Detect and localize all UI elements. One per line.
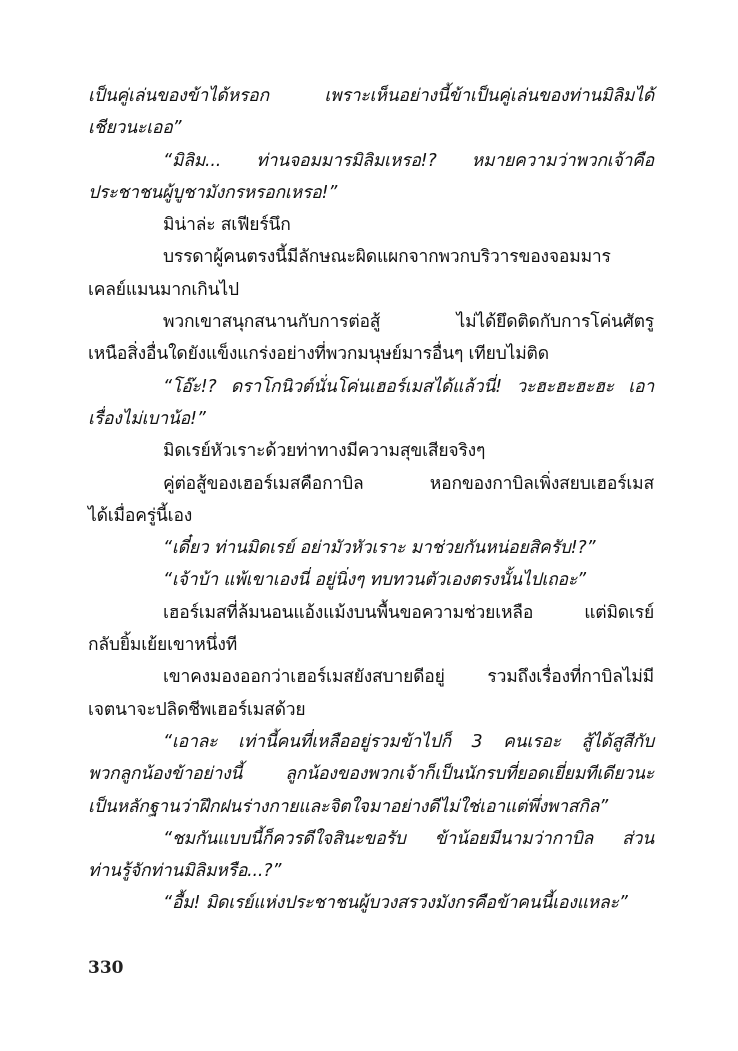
text-line: กลับยิ้มเย้ยเขาหนึ่งที — [88, 629, 654, 661]
line-text: ได้เมื่อครู่นี้เอง — [88, 500, 192, 532]
word: เท่านี้คนที่เหลืออยู่รวมข้าไปก็ — [238, 726, 451, 758]
word: ข้าน้อยมีนามว่ากาบิล — [435, 823, 593, 855]
word: “โอ๊ะ!? — [163, 371, 216, 403]
line-text: เจตนาจะปลิดชีพเฮอร์เมสด้วย — [88, 694, 305, 726]
text-line: เคลย์แมนมากเกินไป — [88, 274, 654, 306]
text-line: “อื้ม! มิดเรย์แห่งประชาชนผู้บวงสรวงมังกร… — [88, 887, 654, 919]
text-line: เป็นหลักฐานว่าฝึกฝนร่างกายและจิตใจมาอย่า… — [88, 791, 654, 823]
text-line: เรื่องไม่เบาน้อ!” — [88, 403, 654, 435]
text-line: เจตนาจะปลิดชีพเฮอร์เมสด้วย — [88, 694, 654, 726]
word: คนเรอะ — [503, 726, 561, 758]
line-text: เคลย์แมนมากเกินไป — [88, 274, 239, 306]
text-line: เหนือสิ่งอื่นใดยังแข็งแกร่งอย่างที่พวกมน… — [88, 338, 654, 370]
word: บรรดาผู้คนตรงนี้มีลักษณะผิดแผกจากพวกบริว… — [163, 241, 611, 273]
word: “ชมกันแบบนี้ก็ควรดีใจสินะขอรับ — [163, 823, 406, 855]
line-text: ท่านรู้จักท่านมิลิมหรือ...?” — [88, 855, 281, 887]
line-text: มิน่าล่ะ สเฟียร์นึก — [163, 209, 291, 241]
text-line: มิดเรย์หัวเราะด้วยท่าทางมีความสุขเสียจริ… — [88, 435, 654, 467]
line-text: กลับยิ้มเย้ยเขาหนึ่งที — [88, 629, 237, 661]
body-text: เป็นคู่เล่นของข้าได้หรอกเพราะเห็นอย่างนี… — [88, 80, 654, 920]
text-line: “มิลิม...ท่านจอมมารมิลิมเหรอ!?หมายความว่… — [88, 145, 654, 177]
word: เป็นหลักฐานว่าฝึกฝนร่างกายและจิตใจมาอย่า… — [88, 791, 608, 823]
word: ไม่ได้ยึดติดกับการโค่นศัตรู — [456, 306, 654, 338]
text-line: เฮอร์เมสที่ล้มนอนแอ้งแม้งบนพื้นขอความช่ว… — [88, 597, 654, 629]
line-text: ประชาชนผู้บูชามังกรหรอกเหรอ!” — [88, 177, 337, 209]
word: ลูกน้องของพวกเจ้าก็เป็นนักรบที่ยอดเยี่ยม… — [285, 758, 654, 790]
word: พวกเขาสนุกสนานกับการต่อสู้ — [163, 306, 380, 338]
word: หมายความว่าพวกเจ้าคือ — [472, 145, 654, 177]
line-text: เรื่องไม่เบาน้อ!” — [88, 403, 206, 435]
text-line: “เดี๋ยว ท่านมิดเรย์ อย่ามัวหัวเราะ มาช่ว… — [88, 532, 654, 564]
text-line: เชียวนะเออ” — [88, 112, 654, 144]
word: ส่วน — [622, 823, 654, 855]
word: คู่ต่อสู้ของเฮอร์เมสคือกาบิล — [163, 468, 364, 500]
text-line: เขาคงมองออกว่าเฮอร์เมสยังสบายดีอยู่รวมถึ… — [88, 661, 654, 693]
book-page: เป็นคู่เล่นของข้าได้หรอกเพราะเห็นอย่างนี… — [0, 0, 738, 1051]
line-text: “อื้ม! มิดเรย์แห่งประชาชนผู้บวงสรวงมังกร… — [163, 887, 628, 919]
word: เพราะเห็นอย่างนี้ข้าเป็นคู่เล่นของท่านมิ… — [324, 80, 654, 112]
text-line: พวกลูกน้องข้าอย่างนี้ลูกน้องของพวกเจ้าก็… — [88, 758, 654, 790]
word: ท่านจอมมารมิลิมเหรอ!? — [256, 145, 436, 177]
word: เฮอร์เมสที่ล้มนอนแอ้งแม้งบนพื้นขอความช่ว… — [163, 597, 533, 629]
word: “เอาละ — [163, 726, 217, 758]
text-line: “เอาละเท่านี้คนที่เหลืออยู่รวมข้าไปก็3คน… — [88, 726, 654, 758]
text-line: คู่ต่อสู้ของเฮอร์เมสคือกาบิลหอกของกาบิลเ… — [88, 468, 654, 500]
word: เอา — [628, 371, 654, 403]
word: หอกของกาบิลเพิ่งสยบเฮอร์เมส — [430, 468, 654, 500]
text-line: “โอ๊ะ!?ดราโกนิวต์นั่นโค่นเฮอร์เมสได้แล้ว… — [88, 371, 654, 403]
line-text: เชียวนะเออ” — [88, 112, 181, 144]
text-line: บรรดาผู้คนตรงนี้มีลักษณะผิดแผกจากพวกบริว… — [88, 241, 654, 273]
text-line: มิน่าล่ะ สเฟียร์นึก — [88, 209, 654, 241]
word: พวกลูกน้องข้าอย่างนี้ — [88, 758, 242, 790]
text-line: ประชาชนผู้บูชามังกรหรอกเหรอ!” — [88, 177, 654, 209]
word: ดราโกนิวต์นั่นโค่นเฮอร์เมสได้แล้วนี่! — [231, 371, 502, 403]
line-text: “เจ้าบ้า แพ้เขาเองนี่ อยู่นิ่งๆ ทบทวนตัว… — [163, 564, 586, 596]
text-line: เป็นคู่เล่นของข้าได้หรอกเพราะเห็นอย่างนี… — [88, 80, 654, 112]
page-number: 330 — [88, 958, 124, 978]
text-line: “เจ้าบ้า แพ้เขาเองนี่ อยู่นิ่งๆ ทบทวนตัว… — [88, 564, 654, 596]
word: วะฮะฮะฮะฮะ — [516, 371, 614, 403]
word: 3 — [471, 726, 482, 758]
word: เขาคงมองออกว่าเฮอร์เมสยังสบายดีอยู่ — [163, 661, 445, 693]
text-line: ท่านรู้จักท่านมิลิมหรือ...?” — [88, 855, 654, 887]
line-text: มิดเรย์หัวเราะด้วยท่าทางมีความสุขเสียจริ… — [163, 435, 485, 467]
line-text: “เดี๋ยว ท่านมิดเรย์ อย่ามัวหัวเราะ มาช่ว… — [163, 532, 595, 564]
word: แต่มิดเรย์ — [584, 597, 654, 629]
text-line: ได้เมื่อครู่นี้เอง — [88, 500, 654, 532]
word: รวมถึงเรื่องที่กาบิลไม่มี — [487, 661, 654, 693]
word: สู้ได้สูสีกับ — [581, 726, 654, 758]
word: เป็นคู่เล่นของข้าได้หรอก — [88, 80, 269, 112]
line-text: เหนือสิ่งอื่นใดยังแข็งแกร่งอย่างที่พวกมน… — [88, 338, 549, 370]
word: “มิลิม... — [163, 145, 221, 177]
text-line: “ชมกันแบบนี้ก็ควรดีใจสินะขอรับข้าน้อยมีน… — [88, 823, 654, 855]
text-line: พวกเขาสนุกสนานกับการต่อสู้ไม่ได้ยึดติดกั… — [88, 306, 654, 338]
